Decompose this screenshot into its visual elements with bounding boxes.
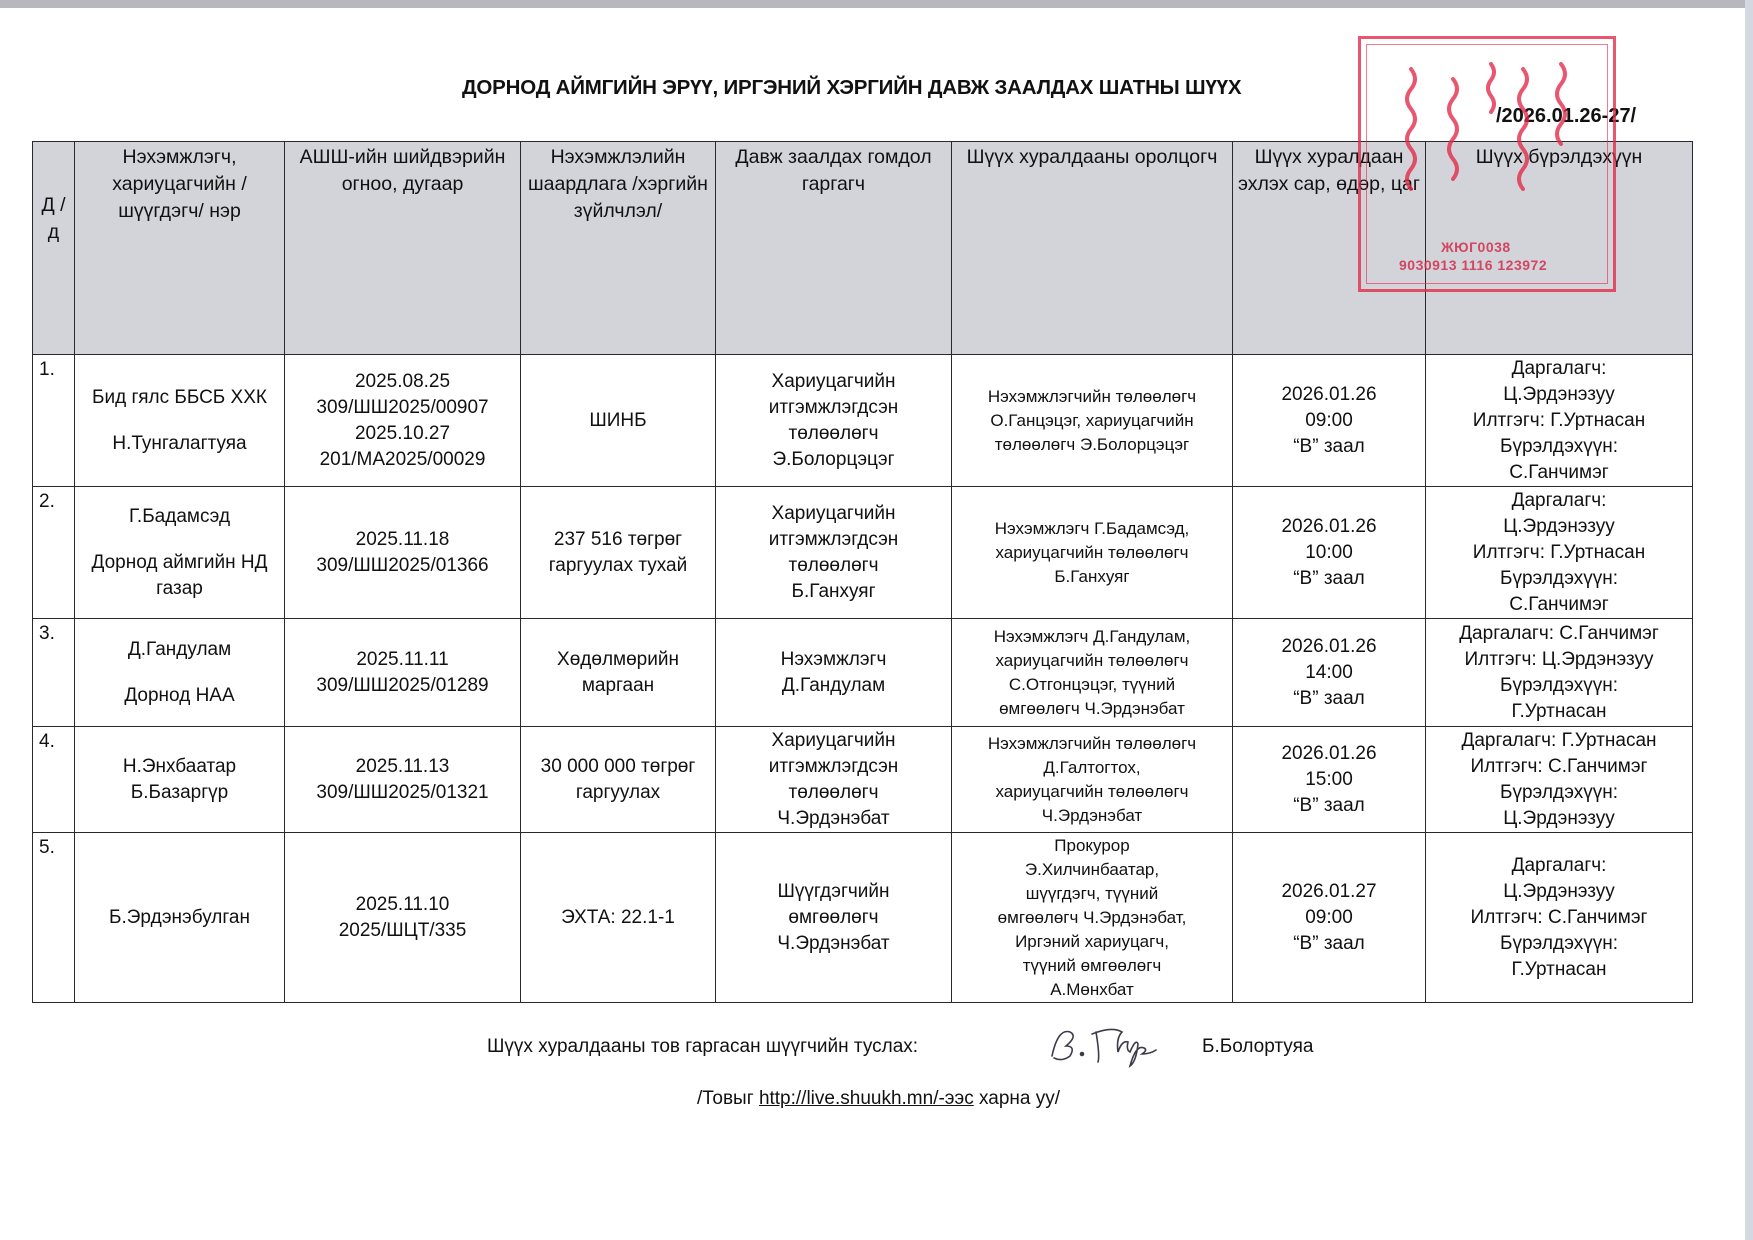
panel-line: Ц.Эрдэнэзуу bbox=[1429, 514, 1689, 540]
table-row: 1.Бид гялс ББСБ ХХКН.Тунгалагтуяа2025.08… bbox=[33, 355, 1693, 487]
appellant-cell: ШүүгдэгчийнөмгөөлөгчЧ.Эрдэнэбат bbox=[716, 833, 952, 1003]
panel-line: Даргалагч: bbox=[1429, 356, 1689, 382]
assistant-name: Б.Болортуяа bbox=[1202, 1036, 1313, 1058]
header-decision: АШШ-ийн шийдвэрийн огноо, дугаар bbox=[285, 142, 521, 355]
decision-line: 309/ШШ2025/01289 bbox=[288, 673, 517, 699]
panel-line: Даргалагч: С.Ганчимэг bbox=[1429, 621, 1689, 647]
claim-cell: 237 516 төгрөг гаргуулах тухай bbox=[521, 487, 716, 619]
participants-cell: ПрокурорЭ.Хилчинбаатар,шүүгдэгч, түүнийө… bbox=[952, 833, 1233, 1003]
decision-line: 2025.11.11 bbox=[288, 647, 517, 673]
appellant-line: итгэмжлэгдсэн bbox=[719, 754, 948, 780]
participants-cell: Нэхэмжлэгч Д.Гандулам,хариуцагчийн төлөө… bbox=[952, 619, 1233, 727]
hearing-line: 09:00 bbox=[1236, 905, 1422, 931]
participants-line: Иргэний хариуцагч, bbox=[955, 930, 1229, 954]
header-participants: Шүүх хуралдааны оролцогч bbox=[952, 142, 1233, 355]
decision-line: 309/ШШ2025/00907 bbox=[288, 395, 517, 421]
participants-line: түүний өмгөөлөгч bbox=[955, 954, 1229, 978]
spacer bbox=[78, 530, 281, 550]
appellant-line: Хариуцагчийн bbox=[719, 369, 948, 395]
hearing-line: “В” заал bbox=[1236, 686, 1422, 712]
decision-line: 2025/ШЦТ/335 bbox=[288, 918, 517, 944]
decision-line: 2025.10.27 bbox=[288, 421, 517, 447]
party-secondary: Дорнод аймгийн НД газар bbox=[78, 550, 281, 602]
footer-note-prefix: /Товыг bbox=[697, 1088, 759, 1109]
panel-line: Бүрэлдэхүүн: bbox=[1429, 780, 1689, 806]
hearing-line: “В” заал bbox=[1236, 434, 1422, 460]
decision-cell: 2025.11.13309/ШШ2025/01321 bbox=[285, 727, 521, 833]
hearing-line: “В” заал bbox=[1236, 566, 1422, 592]
header-parties: Нэхэмжлэгч, хариуцагчийн /шүүгдэгч/ нэр bbox=[75, 142, 285, 355]
decision-line: 2025.11.18 bbox=[288, 527, 517, 553]
participants-line: өмгөөлөгч Ч.Эрдэнэбат bbox=[955, 697, 1229, 721]
appellant-line: Д.Гандулам bbox=[719, 673, 948, 699]
decision-line: 2025.11.13 bbox=[288, 754, 517, 780]
hearing-time-cell: 2026.01.2614:00“В” заал bbox=[1233, 619, 1426, 727]
parties-cell: Г.БадамсэдДорнод аймгийн НД газар bbox=[75, 487, 285, 619]
hearing-time-cell: 2026.01.2609:00“В” заал bbox=[1233, 355, 1426, 487]
panel-line: Даргалагч: bbox=[1429, 853, 1689, 879]
appellant-cell: ХариуцагчийнитгэмжлэгдсэнтөлөөлөгчЧ.Эрдэ… bbox=[716, 727, 952, 833]
appellant-line: төлөөлөгч bbox=[719, 553, 948, 579]
participants-line: төлөөлөгч Э.Болорцэцэг bbox=[955, 433, 1229, 457]
hearing-line: 09:00 bbox=[1236, 408, 1422, 434]
participants-line: өмгөөлөгч Ч.Эрдэнэбат, bbox=[955, 906, 1229, 930]
hearing-line: 2026.01.26 bbox=[1236, 741, 1422, 767]
appellant-cell: ХариуцагчийнитгэмжлэгдсэнтөлөөлөгчБ.Ганх… bbox=[716, 487, 952, 619]
hearing-line: 15:00 bbox=[1236, 767, 1422, 793]
header-claim: Нэхэмжлэлийн шаардлага /хэргийн зүйлчлэл… bbox=[521, 142, 716, 355]
scan-edge-right bbox=[1745, 0, 1753, 1240]
appellant-line: Э.Болорцэцэг bbox=[719, 447, 948, 473]
claim-cell: ШИНБ bbox=[521, 355, 716, 487]
panel-line: Бүрэлдэхүүн: bbox=[1429, 673, 1689, 699]
party-secondary: Б.Базаргүр bbox=[78, 780, 281, 806]
decision-cell: 2025.11.11309/ШШ2025/01289 bbox=[285, 619, 521, 727]
row-number: 4. bbox=[33, 727, 75, 833]
panel-line: Бүрэлдэхүүн: bbox=[1429, 931, 1689, 957]
hearing-time-cell: 2026.01.2610:00“В” заал bbox=[1233, 487, 1426, 619]
table-header-row: Д /д Нэхэмжлэгч, хариуцагчийн /шүүгдэгч/… bbox=[33, 142, 1693, 355]
appellant-cell: ХариуцагчийнитгэмжлэгдсэнтөлөөлөгчЭ.Боло… bbox=[716, 355, 952, 487]
decision-line: 309/ШШ2025/01366 bbox=[288, 553, 517, 579]
appellant-line: Хариуцагчийн bbox=[719, 728, 948, 754]
appellant-line: төлөөлөгч bbox=[719, 780, 948, 806]
row-number: 2. bbox=[33, 487, 75, 619]
party-primary: Г.Бадамсэд bbox=[78, 504, 281, 530]
table-row: 4.Н.ЭнхбаатарБ.Базаргүр2025.11.13309/ШШ2… bbox=[33, 727, 1693, 833]
participants-line: хариуцагчийн төлөөлөгч bbox=[955, 649, 1229, 673]
parties-cell: Бид гялс ББСБ ХХКН.Тунгалагтуяа bbox=[75, 355, 285, 487]
participants-line: Нэхэмжлэгчийн төлөөлөгч bbox=[955, 385, 1229, 409]
spacer bbox=[78, 411, 281, 431]
parties-cell: Н.ЭнхбаатарБ.Базаргүр bbox=[75, 727, 285, 833]
appellant-line: Б.Ганхуяг bbox=[719, 579, 948, 605]
decision-line: 2025.08.25 bbox=[288, 369, 517, 395]
hearing-line: 2026.01.26 bbox=[1236, 382, 1422, 408]
appellant-line: өмгөөлөгч bbox=[719, 905, 948, 931]
header-number: Д /д bbox=[33, 142, 75, 355]
panel-line: Даргалагч: bbox=[1429, 488, 1689, 514]
hearing-time-cell: 2026.01.2709:00“В” заал bbox=[1233, 833, 1426, 1003]
hearing-line: 2026.01.26 bbox=[1236, 514, 1422, 540]
schedule-website-link[interactable]: http://live.shuukh.mn/-ээс bbox=[759, 1088, 974, 1109]
signature-icon bbox=[1040, 1018, 1180, 1068]
table-row: 2.Г.БадамсэдДорнод аймгийн НД газар2025.… bbox=[33, 487, 1693, 619]
panel-line: Ц.Эрдэнэзуу bbox=[1429, 382, 1689, 408]
decision-line: 2025.11.10 bbox=[288, 892, 517, 918]
participants-cell: Нэхэмжлэгчийн төлөөлөгчД.Галтогтох,хариу… bbox=[952, 727, 1233, 833]
table-row: 3.Д.ГандуламДорнод НАА2025.11.11309/ШШ20… bbox=[33, 619, 1693, 727]
appellant-line: Ч.Эрдэнэбат bbox=[719, 806, 948, 832]
party-primary: Бид гялс ББСБ ХХК bbox=[78, 385, 281, 411]
panel-line: Илтгэгч: Г.Уртнасан bbox=[1429, 540, 1689, 566]
hearing-line: 10:00 bbox=[1236, 540, 1422, 566]
date-range: /2026.01.26-27/ bbox=[1496, 105, 1636, 128]
hearing-line: 2026.01.26 bbox=[1236, 634, 1422, 660]
table-row: 5.Б.Эрдэнэбулган2025.11.102025/ШЦТ/335ЭХ… bbox=[33, 833, 1693, 1003]
panel-line: Даргалагч: Г.Уртнасан bbox=[1429, 728, 1689, 754]
decision-line: 201/МА2025/00029 bbox=[288, 447, 517, 473]
claim-cell: 30 000 000 төгрөг гаргуулах bbox=[521, 727, 716, 833]
party-secondary: Н.Тунгалагтуяа bbox=[78, 431, 281, 457]
participants-line: Б.Ганхуяг bbox=[955, 565, 1229, 589]
panel-line: Ц.Эрдэнэзуу bbox=[1429, 806, 1689, 832]
header-hearing-time: Шүүх хуралдаан эхлэх сар, өдөр, цаг bbox=[1233, 142, 1426, 355]
decision-cell: 2025.11.102025/ШЦТ/335 bbox=[285, 833, 521, 1003]
panel-line: Бүрэлдэхүүн: bbox=[1429, 566, 1689, 592]
hearing-line: 14:00 bbox=[1236, 660, 1422, 686]
panel-line: Илтгэгч: Г.Уртнасан bbox=[1429, 408, 1689, 434]
participants-line: Э.Хилчинбаатар, bbox=[955, 858, 1229, 882]
appellant-line: Шүүгдэгчийн bbox=[719, 879, 948, 905]
appellant-cell: НэхэмжлэгчД.Гандулам bbox=[716, 619, 952, 727]
claim-cell: ЭХТА: 22.1-1 bbox=[521, 833, 716, 1003]
party-primary: Д.Гандулам bbox=[78, 637, 281, 663]
decision-line: 309/ШШ2025/01321 bbox=[288, 780, 517, 806]
party-primary: Б.Эрдэнэбулган bbox=[78, 905, 281, 931]
appellant-line: төлөөлөгч bbox=[719, 421, 948, 447]
panel-cell: Даргалагч:Ц.ЭрдэнэзууИлтгэгч: Г.Уртнасан… bbox=[1426, 487, 1693, 619]
footer-note-suffix: харна уу/ bbox=[974, 1088, 1060, 1109]
appellant-line: Ч.Эрдэнэбат bbox=[719, 931, 948, 957]
participants-line: шүүгдэгч, түүний bbox=[955, 882, 1229, 906]
panel-line: Ц.Эрдэнэзуу bbox=[1429, 879, 1689, 905]
appellant-line: Нэхэмжлэгч bbox=[719, 647, 948, 673]
hearing-line: 2026.01.27 bbox=[1236, 879, 1422, 905]
panel-line: С.Ганчимэг bbox=[1429, 592, 1689, 618]
panel-line: Г.Уртнасан bbox=[1429, 699, 1689, 725]
participants-line: хариуцагчийн төлөөлөгч bbox=[955, 780, 1229, 804]
hearing-line: “В” заал bbox=[1236, 931, 1422, 957]
participants-line: Ч.Эрдэнэбат bbox=[955, 804, 1229, 828]
panel-cell: Даргалагч: С.ГанчимэгИлтгэгч: Ц.Эрдэнэзу… bbox=[1426, 619, 1693, 727]
row-number: 1. bbox=[33, 355, 75, 487]
participants-line: хариуцагчийн төлөөлөгч bbox=[955, 541, 1229, 565]
decision-cell: 2025.11.18309/ШШ2025/01366 bbox=[285, 487, 521, 619]
parties-cell: Б.Эрдэнэбулган bbox=[75, 833, 285, 1003]
participants-cell: Нэхэмжлэгчийн төлөөлөгчО.Ганцэцэг, хариу… bbox=[952, 355, 1233, 487]
party-primary: Н.Энхбаатар bbox=[78, 754, 281, 780]
decision-cell: 2025.08.25309/ШШ2025/009072025.10.27201/… bbox=[285, 355, 521, 487]
header-appellant: Давж заалдах гомдол гаргагч bbox=[716, 142, 952, 355]
participants-cell: Нэхэмжлэгч Г.Бадамсэд,хариуцагчийн төлөө… bbox=[952, 487, 1233, 619]
panel-line: Илтгэгч: Ц.Эрдэнэзуу bbox=[1429, 647, 1689, 673]
appellant-line: итгэмжлэгдсэн bbox=[719, 527, 948, 553]
panel-cell: Даргалагч: Г.УртнасанИлтгэгч: С.Ганчимэг… bbox=[1426, 727, 1693, 833]
hearing-time-cell: 2026.01.2615:00“В” заал bbox=[1233, 727, 1426, 833]
panel-line: Илтгэгч: С.Ганчимэг bbox=[1429, 754, 1689, 780]
appellant-line: Хариуцагчийн bbox=[719, 501, 948, 527]
appellant-line: итгэмжлэгдсэн bbox=[719, 395, 948, 421]
panel-line: С.Ганчимэг bbox=[1429, 460, 1689, 486]
participants-line: Д.Галтогтох, bbox=[955, 756, 1229, 780]
scan-edge-top bbox=[0, 0, 1753, 8]
participants-line: О.Ганцэцэг, хариуцагчийн bbox=[955, 409, 1229, 433]
spacer bbox=[78, 663, 281, 683]
participants-line: С.Отгонцэцэг, түүний bbox=[955, 673, 1229, 697]
panel-cell: Даргалагч:Ц.ЭрдэнэзууИлтгэгч: Г.Уртнасан… bbox=[1426, 355, 1693, 487]
party-secondary: Дорнод НАА bbox=[78, 683, 281, 709]
participants-line: Нэхэмжлэгч Д.Гандулам, bbox=[955, 625, 1229, 649]
footer-note: /Товыг http://live.shuukh.mn/-ээс харна … bbox=[697, 1088, 1060, 1110]
prepared-by-label: Шүүх хуралдааны тов гаргасан шүүгчийн ту… bbox=[487, 1036, 918, 1058]
panel-line: Бүрэлдэхүүн: bbox=[1429, 434, 1689, 460]
hearing-line: “В” заал bbox=[1236, 793, 1422, 819]
row-number: 5. bbox=[33, 833, 75, 1003]
panel-line: Г.Уртнасан bbox=[1429, 957, 1689, 983]
claim-cell: Хөдөлмөрийн маргаан bbox=[521, 619, 716, 727]
participants-line: А.Мөнхбат bbox=[955, 978, 1229, 1002]
participants-line: Нэхэмжлэгчийн төлөөлөгч bbox=[955, 732, 1229, 756]
row-number: 3. bbox=[33, 619, 75, 727]
participants-line: Прокурор bbox=[955, 834, 1229, 858]
hearing-schedule-table: Д /д Нэхэмжлэгч, хариуцагчийн /шүүгдэгч/… bbox=[32, 141, 1693, 1003]
panel-cell: Даргалагч:Ц.ЭрдэнэзууИлтгэгч: С.Ганчимэг… bbox=[1426, 833, 1693, 1003]
parties-cell: Д.ГандуламДорнод НАА bbox=[75, 619, 285, 727]
header-panel: Шүүх бүрэлдэхүүн bbox=[1426, 142, 1693, 355]
document-title: ДОРНОД АЙМГИЙН ЭРҮҮ, ИРГЭНИЙ ХЭРГИЙН ДАВ… bbox=[462, 76, 1241, 100]
participants-line: Нэхэмжлэгч Г.Бадамсэд, bbox=[955, 517, 1229, 541]
panel-line: Илтгэгч: С.Ганчимэг bbox=[1429, 905, 1689, 931]
